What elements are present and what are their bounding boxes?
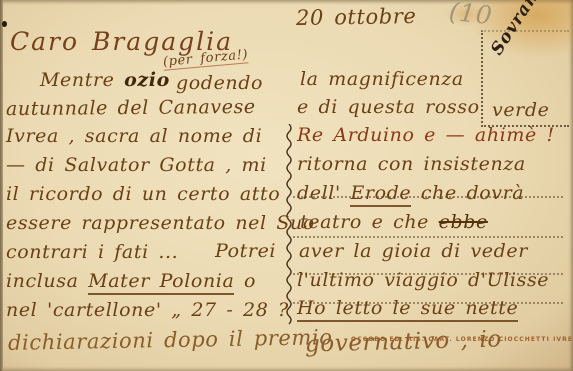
word: dell' [297, 182, 341, 204]
message-line: ritorna con insistenza [297, 154, 526, 175]
message-line: Re Arduino e — ahimè ! [297, 125, 555, 146]
message-line: dichiarazioni dopo il premio [8, 326, 333, 355]
message-line: il ricordo di un certo atto [6, 184, 280, 205]
message-line: Mentre ozio [40, 70, 170, 91]
message-line: Potrei [215, 241, 276, 262]
message-line: la magnificenza [300, 69, 464, 90]
message-line: Ivrea , sacra al nome di [6, 126, 262, 147]
word: o [244, 270, 256, 292]
message-line: — di Salvator Gotta , mi [6, 155, 267, 176]
date-year-pencil: (10 [448, 0, 494, 30]
word-erode-underlined: Erode [350, 182, 411, 207]
message-line: dell' Erode che dovrà [297, 183, 524, 204]
word: che dovrà [421, 182, 524, 204]
message-line: l'ultimo viaggio d'Ulisse [297, 270, 549, 291]
message-line: e di questa rosso [297, 97, 480, 118]
message-line: essere rappresentato nel Suo [6, 213, 315, 234]
date: 20 ottobre [296, 5, 417, 30]
word: Mentre [40, 69, 115, 91]
address-dotted-line [293, 236, 563, 238]
scan-edge-shadow [0, 0, 3, 371]
message-line: autunnale del Canavese [6, 97, 256, 120]
postcard-scan: Sovranfot 20 ottobre (10 Caro Bragaglia … [0, 0, 573, 371]
message-line: contrari i fati ... [6, 242, 178, 263]
message-line-underlined: Ho letto le sue nette [297, 298, 518, 322]
message-line: aver la gioia di veder [299, 241, 528, 262]
title-mater-polonia-underlined: Mater Polonia [88, 270, 234, 295]
message-line: teatro e che ebbe [300, 212, 488, 233]
word: inclusa [6, 270, 79, 292]
message-line: inclusa Mater Polonia o [6, 271, 256, 292]
publisher-imprint: OCCOBO ED. RIS. CART. LORENZO CIOCCHETTI… [351, 336, 573, 343]
word: teatro e che [300, 211, 429, 233]
word-struck-out: ebbe [439, 211, 488, 233]
message-line: godendo [176, 73, 263, 94]
message-line: verde [492, 100, 549, 121]
message-line: nel 'cartellone' „ 27 - 28 ? [6, 300, 289, 321]
word-ozio: ozio [124, 69, 170, 91]
ink-dot [2, 21, 7, 27]
